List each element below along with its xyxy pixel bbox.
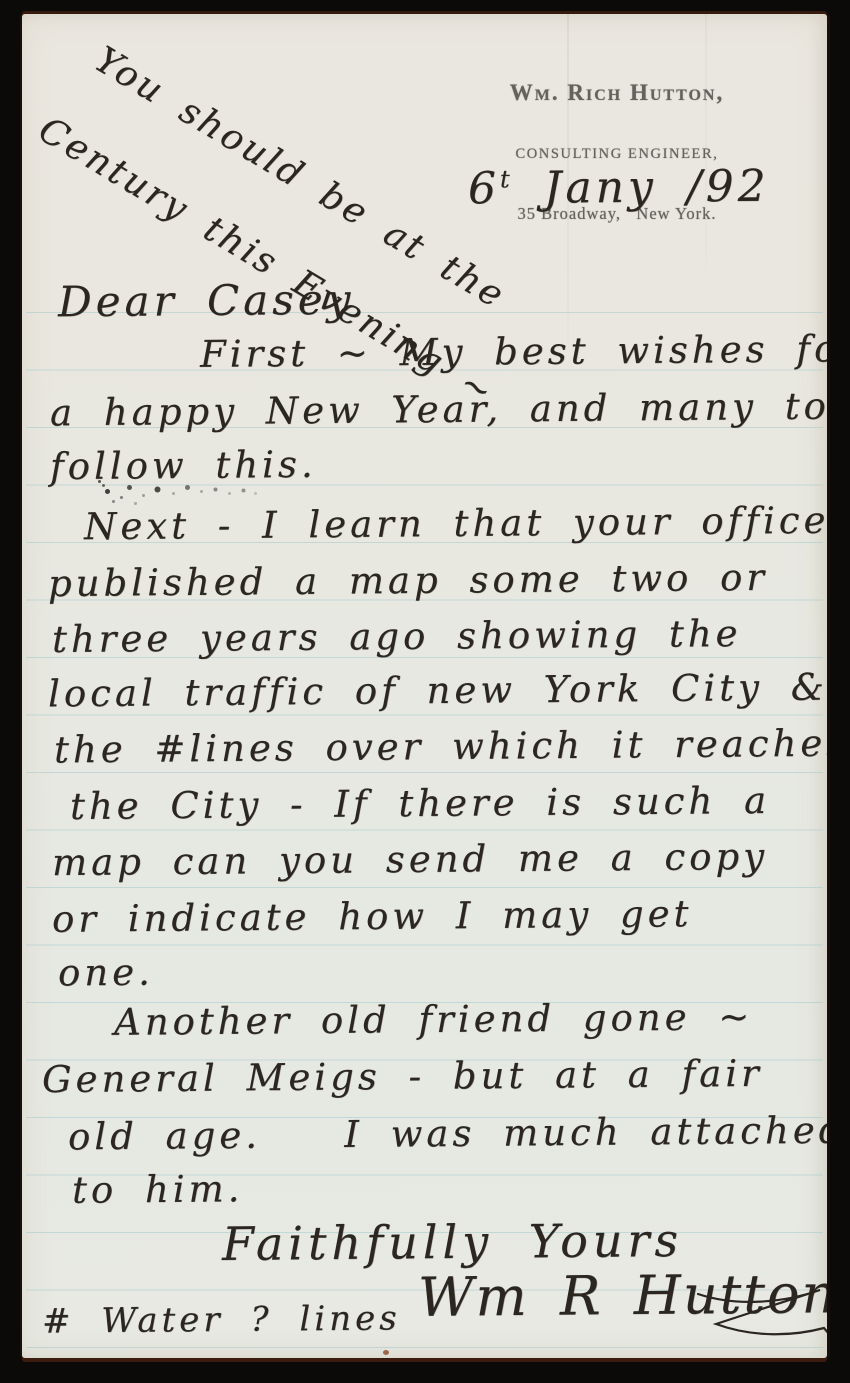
hand-line: local traffic of new York City & — [48, 668, 827, 715]
closing: Faithfully Yours — [222, 1215, 683, 1270]
paper-fleck — [383, 1350, 389, 1355]
letterhead-stamp: Wm. Rich Hutton, CONSULTING ENGINEER, 35… — [452, 44, 782, 260]
hand-line: map can you send me a copy — [52, 837, 768, 884]
hand-line: General Meigs - but at a fair — [42, 1054, 763, 1101]
hand-line: three years ago showing the — [52, 614, 742, 661]
hand-line: to him. — [72, 1169, 244, 1211]
stamp-name: Wm. Rich Hutton, — [452, 80, 782, 106]
date-rest: Jany /92 — [514, 161, 770, 214]
hand-line: Another old friend gone ~ — [114, 997, 754, 1043]
date-day: 6 — [468, 163, 500, 214]
footnote: # Water ? lines — [42, 1300, 401, 1341]
hand-line: or indicate how I may get — [52, 894, 693, 940]
hand-line: old age. I was much attached — [68, 1111, 827, 1158]
hand-line: the #lines over which it reaches — [54, 724, 827, 772]
ink-smudge — [98, 480, 268, 510]
hand-line: published a map some two or — [48, 558, 768, 605]
photo-stage: Wm. Rich Hutton, CONSULTING ENGINEER, 35… — [0, 0, 850, 1383]
signature-flourish-icon — [694, 1280, 827, 1358]
date-superscript: t — [500, 165, 514, 193]
salutation: Dear Casey — [58, 277, 355, 326]
letter-paper: Wm. Rich Hutton, CONSULTING ENGINEER, 35… — [22, 14, 827, 1358]
hand-line: one. — [58, 953, 154, 995]
hand-line: First ~ My best wishes for — [200, 329, 827, 375]
hand-line: a happy New Year, and many to — [50, 387, 827, 434]
date-line: 6t Jany /92 — [468, 163, 770, 214]
hand-line: the City - If there is such a — [70, 781, 770, 828]
